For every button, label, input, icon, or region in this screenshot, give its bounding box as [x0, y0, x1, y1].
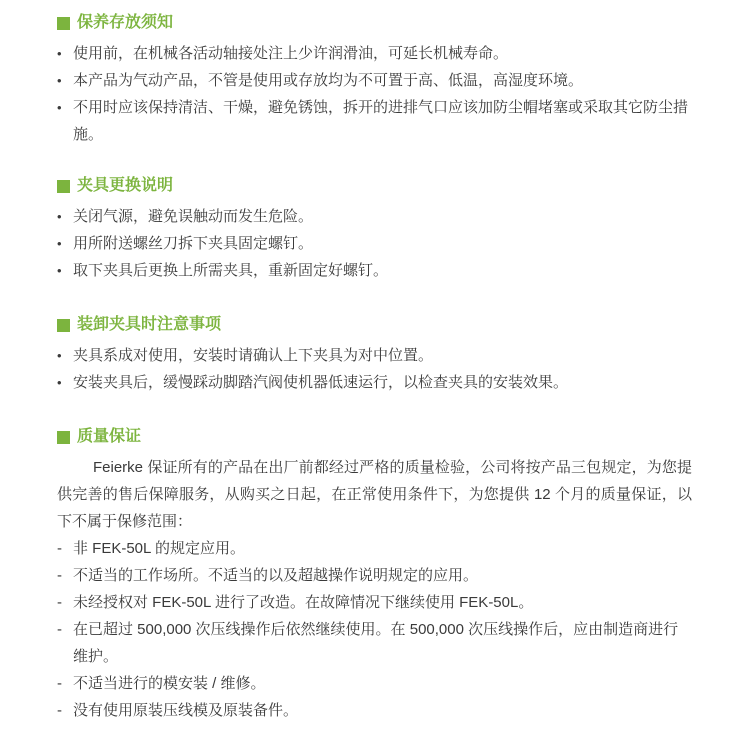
dash-item: - 不适当进行的模安装 / 维修。: [57, 670, 692, 697]
dash-text: 未经授权对 FEK-50L 进行了改造。在故障情况下继续使用 FEK-50L。: [73, 589, 692, 616]
bullet-dot-icon: •: [57, 369, 73, 396]
dash-marker: -: [57, 616, 73, 643]
green-square-bullet-icon: [57, 17, 70, 30]
section-heading: 保养存放须知: [57, 12, 692, 34]
bullet-text: 用所附送螺丝刀拆下夹具固定螺钉。: [73, 230, 692, 257]
manual-page: 保养存放须知 • 使用前，在机械各活动轴接处注上少许润滑油，可延长机械寿命。 •…: [0, 0, 750, 750]
bullet-dot-icon: •: [57, 40, 73, 67]
bullet-text: 不用时应该保持清洁、干燥，避免锈蚀，拆开的进排气口应该加防尘帽堵塞或采取其它防尘…: [73, 94, 692, 148]
dash-item: - 没有使用原装压线模及原装备件。: [57, 697, 692, 724]
green-square-bullet-icon: [57, 431, 70, 444]
bullet-text: 关闭气源，避免误触动而发生危险。: [73, 203, 692, 230]
dash-text: 非 FEK-50L 的规定应用。: [73, 535, 692, 562]
dash-marker: -: [57, 562, 73, 589]
bullet-dot-icon: •: [57, 257, 73, 284]
bullet-item: • 夹具系成对使用，安装时请确认上下夹具为对中位置。: [57, 342, 692, 369]
bullet-list: • 关闭气源，避免误触动而发生危险。 • 用所附送螺丝刀拆下夹具固定螺钉。 • …: [57, 203, 692, 284]
dash-marker: -: [57, 670, 73, 697]
dash-item: - 未经授权对 FEK-50L 进行了改造。在故障情况下继续使用 FEK-50L…: [57, 589, 692, 616]
bullet-item: • 不用时应该保持清洁、干燥，避免锈蚀，拆开的进排气口应该加防尘帽堵塞或采取其它…: [57, 94, 692, 148]
section-clamp-mounting-precautions: 装卸夹具时注意事项 • 夹具系成对使用，安装时请确认上下夹具为对中位置。 • 安…: [57, 314, 692, 396]
bullet-item: • 取下夹具后更换上所需夹具，重新固定好螺钉。: [57, 257, 692, 284]
section-maintenance-storage: 保养存放须知 • 使用前，在机械各活动轴接处注上少许润滑油，可延长机械寿命。 •…: [57, 12, 692, 148]
bullet-item: • 本产品为气动产品，不管是使用或存放均为不可置于高、低温，高湿度环境。: [57, 67, 692, 94]
bullet-item: • 安装夹具后，缓慢踩动脚踏汽阀使机器低速运行，以检查夹具的安装效果。: [57, 369, 692, 396]
bullet-text: 夹具系成对使用，安装时请确认上下夹具为对中位置。: [73, 342, 692, 369]
bullet-text: 本产品为气动产品，不管是使用或存放均为不可置于高、低温，高湿度环境。: [73, 67, 692, 94]
bullet-text: 取下夹具后更换上所需夹具，重新固定好螺钉。: [73, 257, 692, 284]
warranty-paragraph: Feierke 保证所有的产品在出厂前都经过严格的质量检验，公司将按产品三包规定…: [57, 454, 692, 535]
bullet-item: • 使用前，在机械各活动轴接处注上少许润滑油，可延长机械寿命。: [57, 40, 692, 67]
dash-item: - 不适当的工作场所。不适当的以及超越操作说明规定的应用。: [57, 562, 692, 589]
dash-marker: -: [57, 589, 73, 616]
bullet-list: • 使用前，在机械各活动轴接处注上少许润滑油，可延长机械寿命。 • 本产品为气动…: [57, 40, 692, 148]
bullet-dot-icon: •: [57, 67, 73, 94]
green-square-bullet-icon: [57, 180, 70, 193]
bullet-text: 安装夹具后，缓慢踩动脚踏汽阀使机器低速运行，以检查夹具的安装效果。: [73, 369, 692, 396]
dash-item: - 非 FEK-50L 的规定应用。: [57, 535, 692, 562]
green-square-bullet-icon: [57, 319, 70, 332]
bullet-dot-icon: •: [57, 230, 73, 257]
bullet-dot-icon: •: [57, 203, 73, 230]
dash-text: 不适当的工作场所。不适当的以及超越操作说明规定的应用。: [73, 562, 692, 589]
section-title-text: 装卸夹具时注意事项: [77, 314, 221, 336]
section-clamp-replacement: 夹具更换说明 • 关闭气源，避免误触动而发生危险。 • 用所附送螺丝刀拆下夹具固…: [57, 175, 692, 284]
bullet-list: • 夹具系成对使用，安装时请确认上下夹具为对中位置。 • 安装夹具后，缓慢踩动脚…: [57, 342, 692, 396]
dash-marker: -: [57, 697, 73, 724]
section-title-text: 保养存放须知: [77, 12, 173, 34]
section-heading: 装卸夹具时注意事项: [57, 314, 692, 336]
bullet-text: 使用前，在机械各活动轴接处注上少许润滑油，可延长机械寿命。: [73, 40, 692, 67]
section-title-text: 质量保证: [77, 426, 141, 448]
bullet-item: • 用所附送螺丝刀拆下夹具固定螺钉。: [57, 230, 692, 257]
dash-item: - 在已超过 500,000 次压线操作后依然继续使用。在 500,000 次压…: [57, 616, 692, 670]
dash-marker: -: [57, 535, 73, 562]
bullet-item: • 关闭气源，避免误触动而发生危险。: [57, 203, 692, 230]
bullet-dot-icon: •: [57, 94, 73, 121]
dash-text: 没有使用原装压线模及原装备件。: [73, 697, 692, 724]
section-heading: 质量保证: [57, 426, 692, 448]
section-heading: 夹具更换说明: [57, 175, 692, 197]
dash-text: 不适当进行的模安装 / 维修。: [73, 670, 692, 697]
dash-text: 在已超过 500,000 次压线操作后依然继续使用。在 500,000 次压线操…: [73, 616, 692, 670]
section-quality-guarantee: 质量保证 Feierke 保证所有的产品在出厂前都经过严格的质量检验，公司将按产…: [57, 426, 692, 724]
exclusion-list: - 非 FEK-50L 的规定应用。 - 不适当的工作场所。不适当的以及超越操作…: [57, 535, 692, 724]
bullet-dot-icon: •: [57, 342, 73, 369]
section-title-text: 夹具更换说明: [77, 175, 173, 197]
